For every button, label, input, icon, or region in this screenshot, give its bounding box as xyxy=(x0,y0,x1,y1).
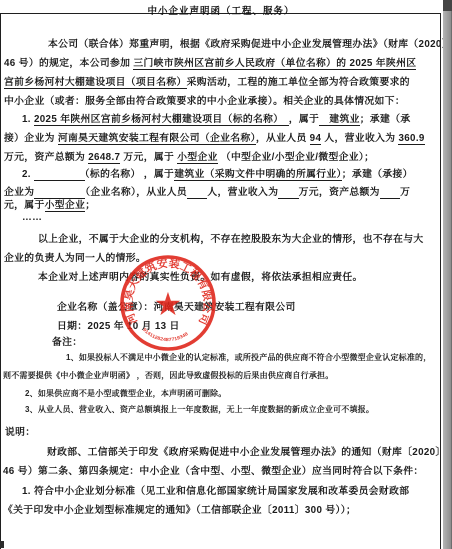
signature-company-line: 企业名称（盖公章）：河南昊天建筑安装工程有限公司 xyxy=(57,299,296,313)
scrollbar-top-cap[interactable] xyxy=(443,0,452,11)
doc-line: 企业的负责人为同一人的情形。 xyxy=(4,250,146,264)
page-title: 中小企业声明函（工程、服务） xyxy=(0,3,442,17)
doc-line: …… xyxy=(22,212,42,223)
seal-company-arc-text: 河南昊天建筑安装工程有限公司 xyxy=(121,256,215,327)
explanation-line: 46 号）第二条、第四条规定：中小企业（含中型、小型、微型企业）应当同时符合以下… xyxy=(3,463,424,477)
doc-line: 元，属于小型企业； xyxy=(4,197,95,211)
explanation-line: 财政部、工信部关于印发《政府采购促进中小企业发展管理办法》的通知（财库〔2020… xyxy=(47,444,446,458)
doc-line: 企业为 （企业名称），从业人员 人，营业收入为 万元，资产总额为 万 xyxy=(4,184,410,198)
bottom-left-edge-mark xyxy=(0,541,4,548)
doc-line: 以上企业，不属于大企业的分支机构，不存在控股股东为大企业的情形，也不存在与大 xyxy=(38,231,424,245)
doc-line: 本企业对上述声明内容的真实性负责。如有虚假，将依法承担相应责任。 xyxy=(38,269,363,283)
doc-line: 宫前乡杨河村大棚建设项目（项目名称）采购活动，工程的施工单位全部为符合政策要求的 xyxy=(4,74,410,88)
explanation-line: 1. 符合中小企业划分标准（见工业和信息化部国家统计局国家发展和改革委员会财政部 xyxy=(22,483,409,497)
doc-line: 1. 2025 年陕州区宫前乡杨河村大棚建设项目（标的名称） ，属于 建筑业；承… xyxy=(22,111,410,125)
note-line: 3、从业人员、营业收入、资产总额填报上一年度数据，无上一年度数据的新成立企业可不… xyxy=(25,404,374,415)
note-line: 则不需要提供《中小微企业声明函》 ，否则，因此导致虚假投标的后果由供应商自行承担… xyxy=(3,370,333,381)
doc-line: 中小企业（或者：服务全部由符合政策要求的中小企业承接）。相关企业的具体情况如下： xyxy=(4,93,405,107)
explanation-line: 《关于印发中小企业划型标准规定的通知》（工信部联企业〔2011〕300 号））； xyxy=(3,502,356,516)
note-line: 2、如果供应商不是小型或微型企业，本声明函可删除。 xyxy=(25,388,226,399)
notes-heading: 备注： xyxy=(52,334,82,348)
signature-date-line: 日期：2025 年 10 月 13 日 xyxy=(57,318,180,332)
explanation-heading: 说明： xyxy=(5,424,35,438)
scrollbar[interactable] xyxy=(443,0,452,549)
doc-line: 2. （标的名称） ，属于建筑业（采购文件中明确的所属行业）；承建（承接） xyxy=(22,166,413,180)
doc-line: 接）企业为 河南昊天建筑安装工程有限公司（企业名称），从业人员 94 人，营业收… xyxy=(4,130,425,144)
note-line: 1、如果投标人不满足中小微企业的认定标准，或所投产品的供应商不符合小型微型企业认… xyxy=(66,352,431,363)
doc-line: 本公司（联合体）郑重声明，根据《政府采购促进中小企业发展管理办法》（财库（202… xyxy=(48,36,452,50)
doc-line: 万元，资产总额为 2648.7 万元，属于 小型企业 （中型企业/小型企业/微型… xyxy=(4,149,374,163)
doc-line: 46 号）的规定，本公司参加 三门峡市陕州区宫前乡人民政府（单位名称）的 202… xyxy=(4,55,416,69)
